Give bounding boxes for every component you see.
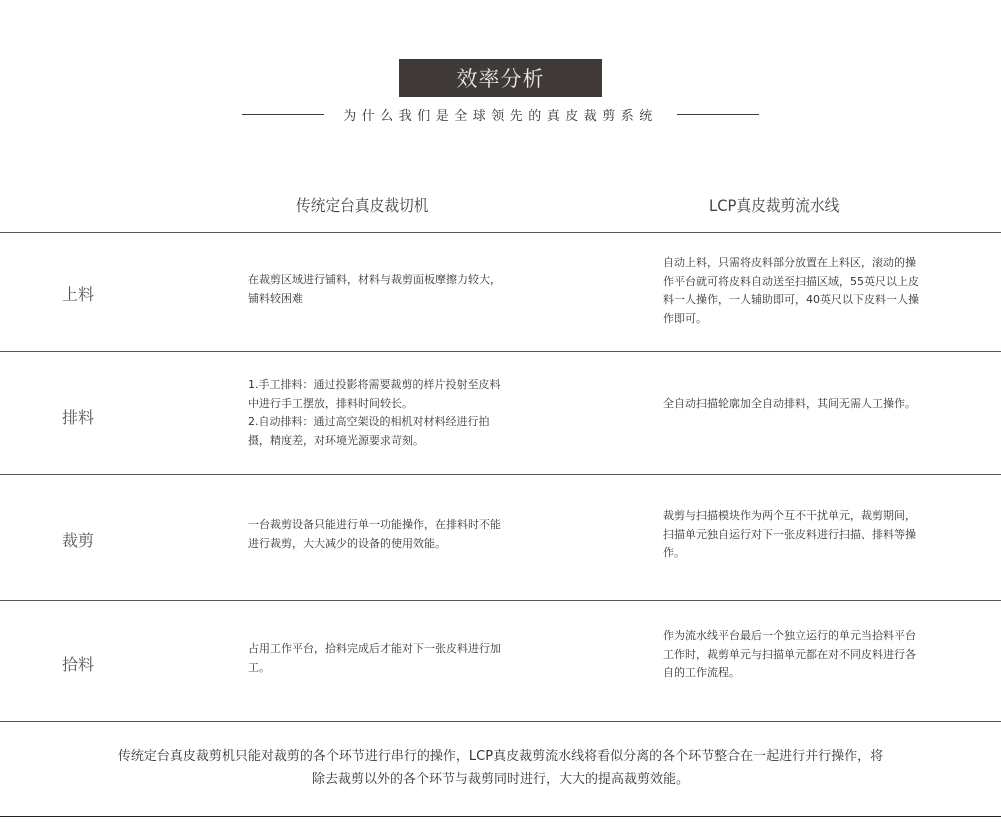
cell-text: 1.手工排料：通过投影将需要裁剪的样片投射至皮料中进行手工摆放，排料时间较长。: [248, 376, 510, 413]
table-divider: [0, 232, 1001, 233]
cell-lcp: 作为流水线平台最后一个独立运行的单元当拾料平台工作时，裁剪单元与扫描单元都在对不…: [663, 627, 925, 683]
cell-traditional: 在裁剪区域进行铺料，材料与裁剪面板摩擦力较大，铺料较困难: [248, 271, 510, 308]
summary-text: 传统定台真皮裁剪机只能对裁剪的各个环节进行串行的操作，LCP真皮裁剪流水线将看似…: [112, 745, 889, 791]
cell-traditional: 1.手工排料：通过投影将需要裁剪的样片投射至皮料中进行手工摆放，排料时间较长。 …: [248, 376, 510, 450]
row-label: 上料: [62, 282, 94, 305]
cell-lcp: 裁剪与扫描模块作为两个互不干扰单元，裁剪期间，扫描单元独自运行对下一张皮料进行扫…: [663, 507, 925, 563]
bottom-divider: [0, 816, 1001, 817]
cell-text: 在裁剪区域进行铺料，材料与裁剪面板摩擦力较大，铺料较困难: [248, 271, 510, 308]
table-divider: [0, 474, 1001, 475]
table-divider: [0, 721, 1001, 722]
cell-text: 占用工作平台，拾料完成后才能对下一张皮料进行加工。: [248, 640, 510, 677]
cell-text: 一台裁剪设备只能进行单一功能操作，在排料时不能进行裁剪，大大减少的设备的使用效能…: [248, 516, 510, 553]
subtitle-divider-right: [677, 114, 759, 115]
row-label: 排料: [62, 405, 94, 428]
subtitle-divider-left: [242, 114, 324, 115]
subtitle-row: 为什么我们是全球领先的真皮裁剪系统: [242, 102, 759, 126]
cell-text: 全自动扫描轮廓加全自动排料，其间无需人工操作。: [663, 395, 925, 414]
cell-text: 裁剪与扫描模块作为两个互不干扰单元，裁剪期间，扫描单元独自运行对下一张皮料进行扫…: [663, 507, 925, 563]
column-header-lcp: LCP真皮裁剪流水线: [709, 193, 839, 216]
section-title: 效率分析: [399, 59, 602, 97]
column-header-traditional: 传统定台真皮裁切机: [296, 193, 428, 216]
table-divider: [0, 351, 1001, 352]
cell-lcp: 全自动扫描轮廓加全自动排料，其间无需人工操作。: [663, 395, 925, 414]
subtitle: 为什么我们是全球领先的真皮裁剪系统: [343, 105, 658, 124]
row-label: 拾料: [62, 652, 94, 675]
cell-text: 自动上料，只需将皮料部分放置在上料区，滚动的操作平台就可将皮料自动送至扫描区域，…: [663, 254, 925, 328]
row-label: 裁剪: [62, 528, 94, 551]
cell-traditional: 一台裁剪设备只能进行单一功能操作，在排料时不能进行裁剪，大大减少的设备的使用效能…: [248, 516, 510, 553]
table-divider: [0, 600, 1001, 601]
cell-text: 作为流水线平台最后一个独立运行的单元当拾料平台工作时，裁剪单元与扫描单元都在对不…: [663, 627, 925, 683]
cell-traditional: 占用工作平台，拾料完成后才能对下一张皮料进行加工。: [248, 640, 510, 677]
cell-text: 2.自动排料：通过高空架设的相机对材料经进行拍摄，精度差，对环境光源要求苛刻。: [248, 413, 510, 450]
cell-lcp: 自动上料，只需将皮料部分放置在上料区，滚动的操作平台就可将皮料自动送至扫描区域，…: [663, 254, 925, 328]
